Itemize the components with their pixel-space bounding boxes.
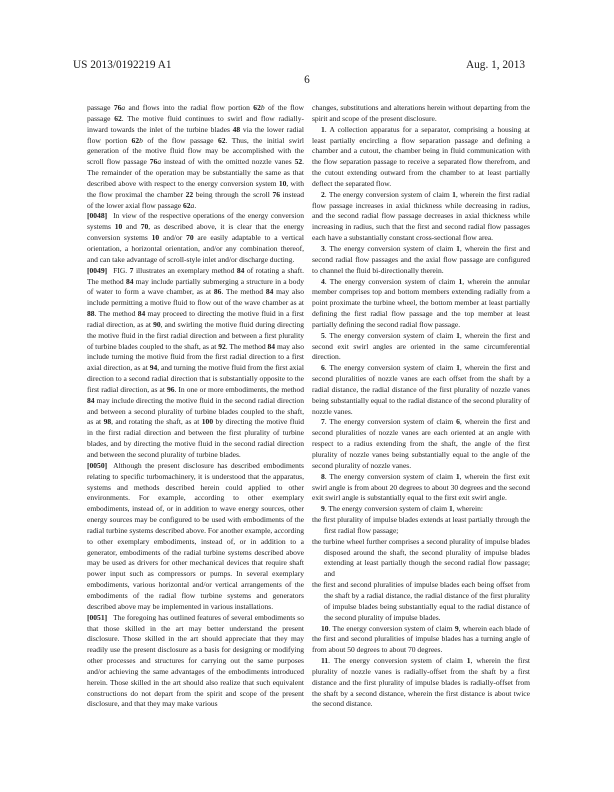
claim-10: 10. The energy conversion system of clai… (312, 624, 530, 657)
claim-number: 4 (321, 277, 325, 286)
description-paragraph: [0049]FIG. 7 illustrates an exemplary me… (87, 266, 304, 461)
claim-number: 6 (321, 363, 325, 372)
claim-number: 3 (321, 244, 325, 253)
claim-number: 2 (321, 190, 325, 199)
continuation-paragraph: passage 76a and flows into the radial fl… (87, 103, 304, 211)
claims-list: 1. A collection apparatus for a separato… (312, 125, 530, 711)
description-paragraph: [0051]The foregoing has outlined feature… (87, 613, 304, 711)
claim-number: 5 (321, 331, 325, 340)
claim-number: 11 (321, 656, 328, 665)
claim-2: 2. The energy conversion system of claim… (312, 190, 530, 244)
publication-date: Aug. 1, 2013 (466, 59, 525, 71)
paragraph-number: [0051] (87, 613, 107, 622)
claim-number: 7 (321, 417, 325, 426)
claim-number: 10 (321, 624, 329, 633)
right-column: changes, substitutions and alterations h… (312, 103, 530, 710)
claim-subitem: the first plurality of impulse blades ex… (312, 515, 530, 537)
description-paragraph: [0048]In view of the respective operatio… (87, 211, 304, 265)
claim-11: 11. The energy conversion system of clai… (312, 656, 530, 710)
page-number: 6 (0, 74, 614, 86)
claim-subitem: the first and second pluralities of impu… (312, 580, 530, 623)
claim-1: 1. A collection apparatus for a separato… (312, 125, 530, 190)
left-column: passage 76a and flows into the radial fl… (87, 103, 304, 710)
claim-number: 1 (321, 125, 325, 134)
claim-5: 5. The energy conversion system of claim… (312, 331, 530, 364)
paragraph-number: [0049] (87, 266, 107, 275)
publication-number: US 2013/0192219 A1 (73, 59, 172, 71)
claim-subitem: the turbine wheel further comprises a se… (312, 537, 530, 580)
claim-7: 7. The energy conversion system of claim… (312, 417, 530, 471)
claim-8: 8. The energy conversion system of claim… (312, 472, 530, 505)
description-paragraphs: [0048]In view of the respective operatio… (87, 211, 304, 710)
claim-3: 3. The energy conversion system of claim… (312, 244, 530, 277)
paragraph-number: [0048] (87, 211, 107, 220)
paragraph-number: [0050] (87, 461, 107, 470)
description-paragraph: [0050]Although the present disclosure ha… (87, 461, 304, 613)
claim-4: 4. The energy conversion system of claim… (312, 277, 530, 331)
claim-number: 9 (321, 504, 325, 513)
claim-6: 6. The energy conversion system of claim… (312, 363, 530, 417)
continuation-paragraph: changes, substitutions and alterations h… (312, 103, 530, 125)
claim-9: 9. The energy conversion system of claim… (312, 504, 530, 515)
claim-number: 8 (321, 472, 325, 481)
